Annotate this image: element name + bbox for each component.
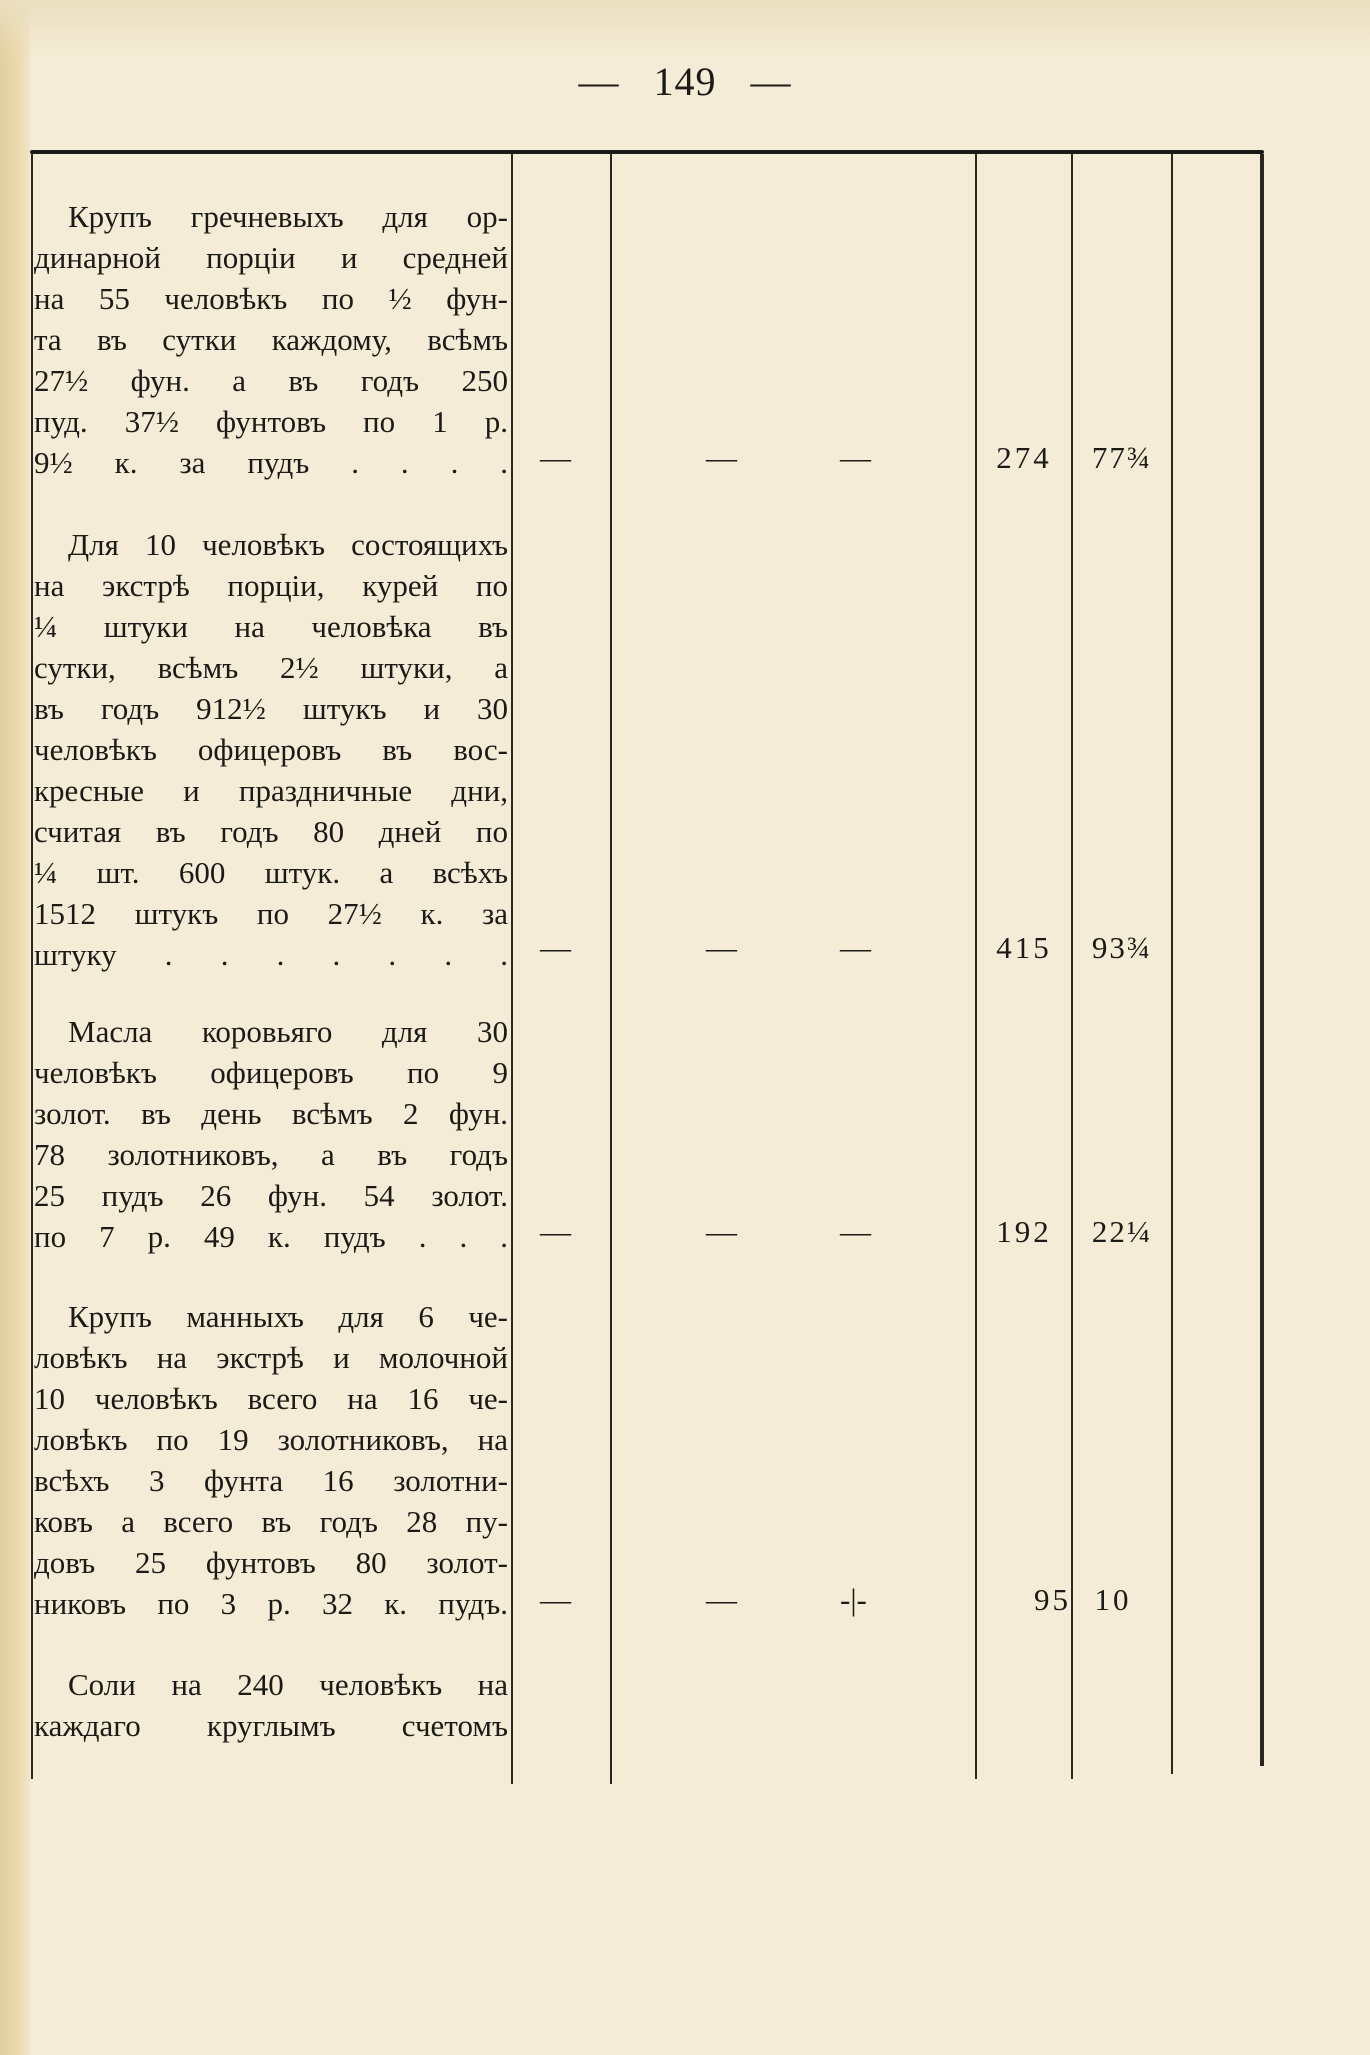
- page-edge: [0, 0, 30, 2055]
- row1-col1: —: [540, 440, 571, 476]
- entry-line: 1512 штукъ по 27½ к. за: [34, 893, 508, 934]
- entry-line: Масла коровьяго для 30: [34, 1011, 508, 1052]
- column-rule-3: [975, 154, 977, 1779]
- column-rule-1: [511, 154, 513, 1784]
- row2-rubles: 415: [977, 930, 1071, 966]
- row2-col2b: —: [840, 930, 871, 966]
- page-number-header: —149—: [0, 58, 1370, 105]
- entry-line: 10 человѣкъ всего на 16 че-: [34, 1378, 508, 1419]
- entry-semolina: Крупъ манныхъ для 6 че- ловѣкъ на экстрѣ…: [34, 1296, 508, 1624]
- row1-col2b: —: [840, 440, 871, 476]
- row1-rubles: 274: [977, 440, 1071, 476]
- entry-chickens: Для 10 человѣкъ состоящихъ на экстрѣ пор…: [34, 524, 508, 975]
- row4-col2a: —: [706, 1582, 737, 1618]
- entry-line: ловѣкъ по 19 золотниковъ, на: [34, 1419, 508, 1460]
- entry-line: ковъ а всего въ годъ 28 пу-: [34, 1501, 508, 1542]
- row1-kopeks: 77¾: [1073, 440, 1171, 476]
- row4-kopeks: 10: [1073, 1582, 1153, 1618]
- page-top-shade: [0, 0, 1370, 60]
- entry-line: довъ 25 фунтовъ 80 золот-: [34, 1542, 508, 1583]
- column-rule-5: [1171, 154, 1173, 1774]
- page-number-dash-right: —: [751, 58, 792, 105]
- entry-line: 27½ фун. а въ годъ 250: [34, 360, 508, 401]
- row3-col2a: —: [706, 1214, 737, 1250]
- table-left-border: [31, 154, 33, 1779]
- entry-line: на 55 человѣкъ по ½ фун-: [34, 278, 508, 319]
- entry-line: въ годъ 912½ штукъ и 30: [34, 688, 508, 729]
- row4-col2b: -|-: [840, 1582, 867, 1618]
- row1-col2a: —: [706, 440, 737, 476]
- row2-col2a: —: [706, 930, 737, 966]
- entry-line: динарной порціи и средней: [34, 237, 508, 278]
- entry-line: сутки, всѣмъ 2½ штуки, а: [34, 647, 508, 688]
- entry-line: каждаго круглымъ счетомъ: [34, 1705, 508, 1746]
- page-number: 149: [654, 59, 717, 104]
- entry-line: Соли на 240 человѣкъ на: [34, 1664, 508, 1705]
- entry-salt: Соли на 240 человѣкъ на каждаго круглымъ…: [34, 1664, 508, 1746]
- entry-line: Крупъ гречневыхъ для ор-: [34, 196, 508, 237]
- entry-line: человѣкъ офицеровъ по 9: [34, 1052, 508, 1093]
- row4-rubles: 95: [1005, 1582, 1071, 1618]
- entry-line: ¼ штуки на человѣка въ: [34, 606, 508, 647]
- page-number-dash-left: —: [579, 58, 620, 105]
- row3-rubles: 192: [977, 1214, 1071, 1250]
- row3-kopeks: 22¼: [1073, 1214, 1171, 1250]
- column-rule-4: [1071, 154, 1073, 1779]
- entry-line: ¼ шт. 600 штук. а всѣхъ: [34, 852, 508, 893]
- table-top-rule: [30, 150, 1264, 154]
- row3-col1: —: [540, 1214, 571, 1250]
- entry-line: считая въ годъ 80 дней по: [34, 811, 508, 852]
- entry-line: штуку . . . . . . .: [34, 934, 508, 975]
- row3-col2b: —: [840, 1214, 871, 1250]
- entry-line: ловѣкъ на экстрѣ и молочной: [34, 1337, 508, 1378]
- entry-line: 78 золотниковъ, а въ годъ: [34, 1134, 508, 1175]
- entry-line: по 7 р. 49 к. пудъ . . .: [34, 1216, 508, 1257]
- column-rule-2: [610, 154, 612, 1784]
- table-right-border: [1260, 154, 1264, 1766]
- entry-buckwheat: Крупъ гречневыхъ для ор- динарной порціи…: [34, 196, 508, 483]
- entry-line: на экстрѣ порціи, курей по: [34, 565, 508, 606]
- entry-line: всѣхъ 3 фунта 16 золотни-: [34, 1460, 508, 1501]
- row2-col1: —: [540, 930, 571, 966]
- entry-line: кресные и праздничные дни,: [34, 770, 508, 811]
- entry-line: пуд. 37½ фунтовъ по 1 р.: [34, 401, 508, 442]
- entry-line: Крупъ манныхъ для 6 че-: [34, 1296, 508, 1337]
- entry-line: Для 10 человѣкъ состоящихъ: [34, 524, 508, 565]
- entry-line: та въ сутки каждому, всѣмъ: [34, 319, 508, 360]
- entry-line: никовъ по 3 р. 32 к. пудъ.: [34, 1583, 508, 1624]
- entry-butter: Масла коровьяго для 30 человѣкъ офицеров…: [34, 1011, 508, 1257]
- entry-line: человѣкъ офицеровъ въ вос-: [34, 729, 508, 770]
- entry-line: 25 пудъ 26 фун. 54 золот.: [34, 1175, 508, 1216]
- entry-line: золот. въ день всѣмъ 2 фун.: [34, 1093, 508, 1134]
- entry-line: 9½ к. за пудъ . . . .: [34, 442, 508, 483]
- row2-kopeks: 93¾: [1073, 930, 1171, 966]
- row4-col1: —: [540, 1582, 571, 1618]
